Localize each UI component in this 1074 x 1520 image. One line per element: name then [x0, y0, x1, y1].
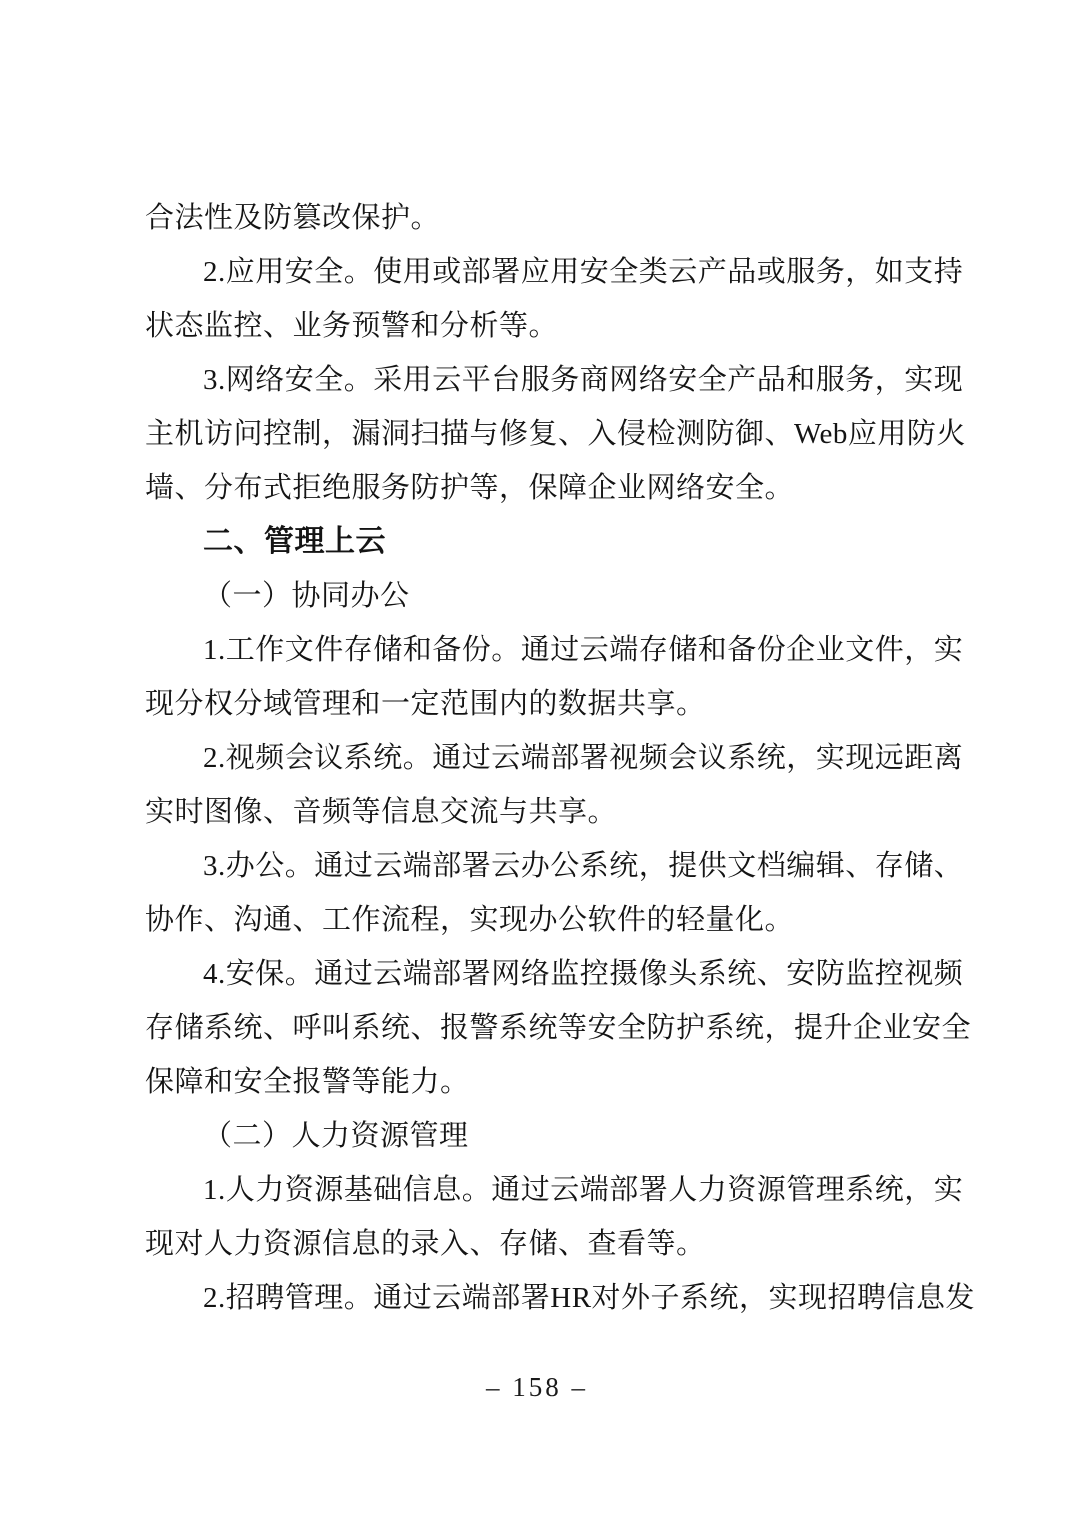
doc-line: 2.应用安全。使用或部署应用安全类云产品或服务，如支持 — [145, 245, 945, 299]
doc-line: 1.工作文件存储和备份。通过云端存储和备份企业文件，实 — [145, 623, 945, 677]
document-page: 合法性及防篡改保护。 2.应用安全。使用或部署应用安全类云产品或服务，如支持 状… — [0, 0, 1074, 1520]
doc-line: 保障和安全报警等能力。 — [145, 1055, 945, 1109]
subsection-heading: （一）协同办公 — [145, 569, 945, 623]
doc-line: 存储系统、呼叫系统、报警系统等安全防护系统，提升企业安全 — [145, 1001, 945, 1055]
doc-line: 墙、分布式拒绝服务防护等，保障企业网络安全。 — [145, 461, 945, 515]
doc-line: 状态监控、业务预警和分析等。 — [145, 299, 945, 353]
doc-line: 2.招聘管理。通过云端部署HR对外子系统，实现招聘信息发 — [145, 1271, 945, 1325]
section-heading: 二、管理上云 — [145, 515, 945, 569]
doc-line: 实时图像、音频等信息交流与共享。 — [145, 785, 945, 839]
page-number: – 158 – — [0, 1372, 1074, 1403]
doc-line: 3.办公。通过云端部署云办公系统，提供文档编辑、存储、 — [145, 839, 945, 893]
doc-line: 现对人力资源信息的录入、存储、查看等。 — [145, 1217, 945, 1271]
document-body: 合法性及防篡改保护。 2.应用安全。使用或部署应用安全类云产品或服务，如支持 状… — [145, 191, 945, 1325]
doc-line: 3.网络安全。采用云平台服务商网络安全产品和服务，实现 — [145, 353, 945, 407]
doc-line: 主机访问控制，漏洞扫描与修复、入侵检测防御、Web应用防火 — [145, 407, 945, 461]
doc-line: 2.视频会议系统。通过云端部署视频会议系统，实现远距离 — [145, 731, 945, 785]
doc-line: 现分权分域管理和一定范围内的数据共享。 — [145, 677, 945, 731]
doc-line: 4.安保。通过云端部署网络监控摄像头系统、安防监控视频 — [145, 947, 945, 1001]
doc-line: 1.人力资源基础信息。通过云端部署人力资源管理系统，实 — [145, 1163, 945, 1217]
doc-line: 协作、沟通、工作流程，实现办公软件的轻量化。 — [145, 893, 945, 947]
doc-line: 合法性及防篡改保护。 — [145, 191, 945, 245]
subsection-heading: （二）人力资源管理 — [145, 1109, 945, 1163]
